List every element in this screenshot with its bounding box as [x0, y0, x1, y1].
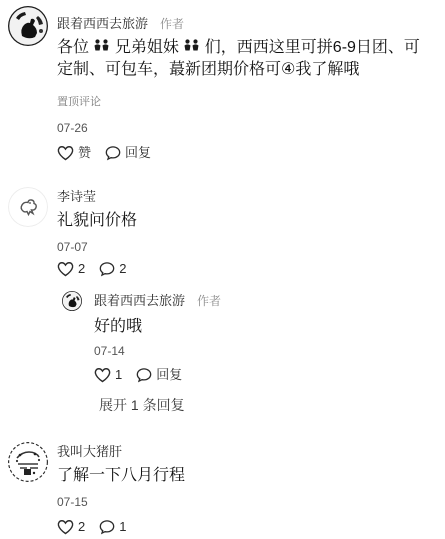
speech-bubble-icon [99, 519, 115, 535]
username[interactable]: 跟着西西去旅游 [94, 293, 185, 309]
heart-icon [57, 145, 74, 161]
like-count: 1 [115, 367, 122, 383]
avatar-image-doodle [8, 187, 48, 227]
like-count: 2 [78, 519, 85, 535]
reply-count: 2 [119, 261, 126, 277]
two-people-emoji [183, 39, 200, 53]
avatar[interactable] [62, 291, 82, 311]
comment-content: 跟着西西去旅游 作者 各位 兄弟姐妹 们，西西这里可拼6-9日团、可定制、可包车… [57, 6, 431, 161]
comment-text-segment: 兄弟姐妹 [110, 39, 183, 56]
reply-button[interactable]: 1 [99, 519, 126, 535]
username[interactable]: 我叫大猪肝 [57, 444, 122, 460]
comment-text-segment: 各位 [57, 39, 93, 56]
reply-label: 回复 [125, 145, 151, 161]
comment-actions: 赞 回复 [57, 144, 431, 161]
like-button[interactable]: 2 [57, 261, 85, 277]
reply-actions: 1 回复 [94, 366, 431, 383]
username-row: 我叫大猪肝 [57, 444, 431, 460]
author-badge: 作者 [160, 16, 184, 32]
two-people-emoji [93, 39, 110, 53]
speech-bubble-icon [136, 367, 152, 383]
reply-button[interactable]: 回复 [136, 367, 182, 383]
avatar[interactable] [8, 187, 48, 227]
expand-replies-button[interactable]: 展开 1 条回复 [99, 396, 431, 414]
comment-content: 李诗莹 礼貌问价格 07-07 2 2 [57, 187, 431, 414]
avatar-image-travel-account [62, 291, 82, 311]
speech-bubble-icon [99, 261, 115, 277]
username[interactable]: 李诗莹 [57, 189, 96, 205]
like-label: 赞 [78, 145, 91, 161]
avatar[interactable] [8, 6, 48, 46]
author-badge: 作者 [197, 293, 221, 309]
avatar[interactable] [8, 442, 48, 482]
comment-item: 我叫大猪肝 了解一下八月行程 07-15 2 1 [0, 442, 445, 535]
comment-text: 了解一下八月行程 [57, 465, 431, 487]
reply-count: 1 [119, 519, 126, 535]
heart-icon [94, 367, 111, 383]
reply-content: 跟着西西去旅游 作者 好的哦 07-14 1 [94, 291, 431, 414]
reply-button[interactable]: 2 [99, 261, 126, 277]
comment-date: 07-07 [57, 240, 431, 254]
pinned-comment-badge: 置顶评论 [57, 95, 431, 109]
comment-text: 礼貌问价格 [57, 210, 431, 232]
avatar-image-sketch [8, 442, 48, 482]
comment-text: 各位 兄弟姐妹 们，西西这里可拼6-9日团、可定制、可包车，蕞新团期价格可④我了… [57, 37, 431, 81]
like-button[interactable]: 赞 [57, 145, 91, 161]
comment-date: 07-26 [57, 121, 431, 135]
like-button[interactable]: 2 [57, 519, 85, 535]
comment-item: 李诗莹 礼貌问价格 07-07 2 2 [0, 187, 445, 414]
like-button[interactable]: 1 [94, 367, 122, 383]
reply-label: 回复 [156, 367, 182, 383]
username[interactable]: 跟着西西去旅游 [57, 16, 148, 32]
username-row: 跟着西西去旅游 作者 [57, 16, 431, 32]
like-count: 2 [78, 261, 85, 277]
speech-bubble-icon [105, 145, 121, 161]
reply-item: 跟着西西去旅游 作者 好的哦 07-14 1 [62, 291, 431, 414]
username-row: 跟着西西去旅游 作者 [94, 293, 431, 309]
comment-content: 我叫大猪肝 了解一下八月行程 07-15 2 1 [57, 442, 431, 535]
comment-date: 07-15 [57, 495, 431, 509]
avatar-image-travel-account [8, 6, 48, 46]
heart-icon [57, 519, 74, 535]
comment-actions: 2 1 [57, 518, 431, 535]
reply-button[interactable]: 回复 [105, 145, 151, 161]
username-row: 李诗莹 [57, 189, 431, 205]
heart-icon [57, 261, 74, 277]
reply-date: 07-14 [94, 344, 431, 358]
comment-item: 跟着西西去旅游 作者 各位 兄弟姐妹 们，西西这里可拼6-9日团、可定制、可包车… [0, 6, 445, 161]
comment-actions: 2 2 [57, 260, 431, 277]
reply-text: 好的哦 [94, 316, 431, 338]
